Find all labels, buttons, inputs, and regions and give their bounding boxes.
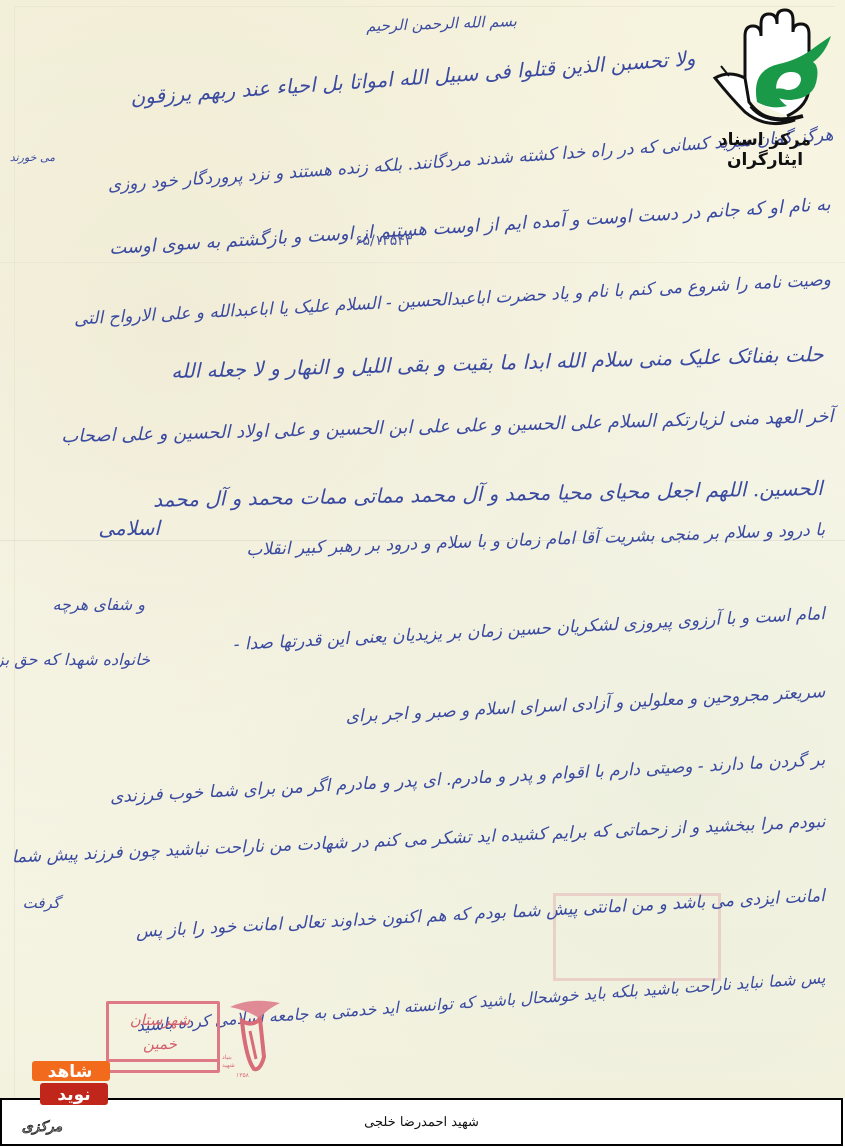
svg-text:شاهد: شاهد: [48, 1062, 93, 1082]
text-line: بر گردن ما دارند - وصیتی دارم با اقوام و…: [109, 752, 825, 806]
svg-text:۱۳۵۸: ۱۳۵۸: [236, 1072, 250, 1079]
text-line: سریعتر مجروحین و معلولین و آزادی اسرای ا…: [345, 684, 825, 726]
hand-dove-logo-icon: [707, 6, 837, 131]
quran-verse-line: ولا تحسبن الذین قتلوا فی سبیل الله اموات…: [129, 48, 695, 107]
navid-shahed-watermark: شاهد نوید مرکزی: [22, 1057, 122, 1147]
stamp-line-1: شهرستان: [110, 1011, 210, 1029]
svg-text:نوید: نوید: [57, 1085, 90, 1105]
text-line: الحسین. اللهم اجعل محیای محیا محمد و آل …: [153, 478, 823, 510]
text-line: به نام او که جانم در دست اوست و آمده ایم…: [109, 196, 831, 258]
text-line: با درود و سلام بر منجی بشریت آقا امام زم…: [246, 522, 825, 559]
text-line: آخر العهد منی لزیارتکم السلام علی الحسین…: [61, 408, 834, 446]
svg-text:شهید: شهید: [222, 1062, 235, 1069]
text-line: می خورند: [10, 152, 55, 163]
navid-shahed-logo-icon: شاهد نوید مرکزی: [22, 1057, 122, 1147]
archive-center-logo: مرکز اسناد ایثارگران: [707, 6, 837, 156]
text-line: امام است و با آرزوی پیروزی لشکریان حسین …: [233, 606, 825, 654]
stamp-line-2: خمین: [110, 1035, 210, 1053]
document-scan: بسم الله الرحمن الرحیم ولا تحسبن الذین ق…: [0, 0, 845, 1098]
text-line: نبودم مرا ببخشید و از زحماتی که برایم کش…: [11, 814, 825, 867]
martyr-foundation-emblem-icon: بنیاد شهید ۱۳۵۸: [220, 997, 285, 1079]
text-line: و شفای هرچه: [52, 597, 145, 613]
archive-reference-number: ۶۵/۱۳۵۴۳: [355, 234, 412, 248]
logo-caption: مرکز اسناد ایثارگران: [695, 130, 835, 170]
text-line: وصیت نامه را شروع می کنم با نام و یاد حض…: [74, 272, 832, 329]
text-line: اسلامی: [98, 518, 160, 538]
martyr-name-caption: شهید احمدرضا خلجی: [364, 1115, 479, 1130]
text-line: امانت ایزدی می باشد و من امانتی پیش شما …: [136, 888, 826, 941]
svg-text:بنیاد: بنیاد: [222, 1054, 232, 1061]
svg-text:مرکزی: مرکزی: [22, 1119, 63, 1135]
paper-crease: [0, 262, 845, 263]
text-line: حلت بفنائک علیک منی سلام الله ابدا ما بق…: [170, 344, 823, 381]
bismillah-line: بسم الله الرحمن الرحیم: [366, 14, 517, 34]
text-line: گرفت: [23, 896, 60, 911]
text-line: خانواده شهدا که حق بزرگی: [0, 652, 150, 668]
caption-bar: شهید احمدرضا خلجی: [0, 1098, 843, 1146]
official-stamp: شهرستان خمین بنیاد شهید ۱۳۵۸: [100, 997, 290, 1077]
